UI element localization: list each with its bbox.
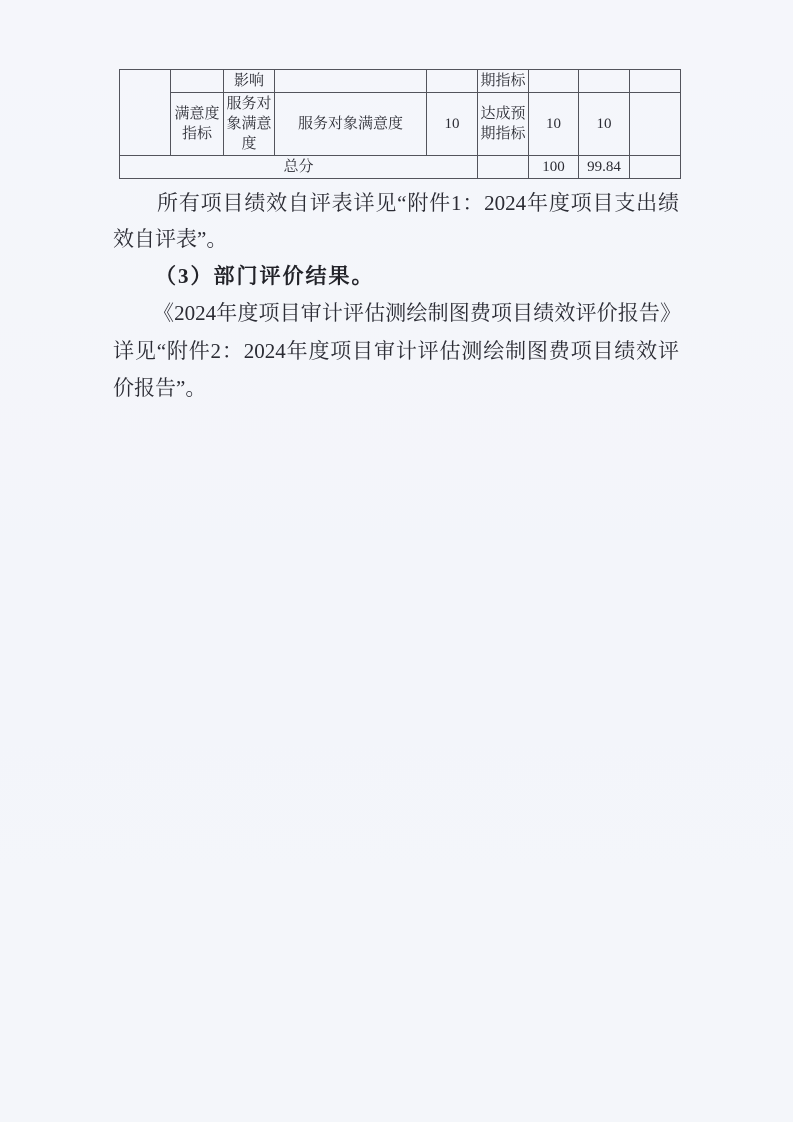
cell-self-score: 10 bbox=[579, 93, 630, 156]
performance-table-wrap: 影响 期指标 满意度指标 服务对象满意度 服务对象满意度 10 达成预期指标 1… bbox=[119, 69, 681, 179]
section-heading: （3）部门评价结果。 bbox=[113, 263, 721, 290]
cell-total-label: 总分 bbox=[120, 156, 478, 179]
cell-empty-above-indicator bbox=[275, 70, 427, 93]
paragraph1-line1: 所有项目绩效自评表详见“附件1：2024年度项目支出绩 bbox=[113, 190, 679, 217]
cell-total-self-score: 99.84 bbox=[579, 156, 630, 179]
cell-impact-tail: 影响 bbox=[224, 70, 275, 93]
cell-total-last-empty bbox=[630, 156, 681, 179]
cell-indicator-weight: 10 bbox=[427, 93, 478, 156]
document-page: 影响 期指标 满意度指标 服务对象满意度 服务对象满意度 10 达成预期指标 1… bbox=[0, 0, 793, 1122]
cell-evaluation-standard: 达成预期指标 bbox=[478, 93, 529, 156]
cell-total-standard-empty bbox=[478, 156, 529, 179]
table-row-satisfaction: 满意度指标 服务对象满意度 服务对象满意度 10 达成预期指标 10 10 bbox=[120, 93, 681, 156]
paragraph2-line3: 价报告”。 bbox=[113, 375, 679, 402]
cell-total-score: 100 bbox=[529, 156, 579, 179]
cell-target-score: 10 bbox=[529, 93, 579, 156]
table-row-total: 总分 100 99.84 bbox=[120, 156, 681, 179]
performance-score-table: 影响 期指标 满意度指标 服务对象满意度 服务对象满意度 10 达成预期指标 1… bbox=[119, 69, 681, 179]
cell-indicator-name: 服务对象满意度 bbox=[275, 93, 427, 156]
cell-satisfaction-last-empty bbox=[630, 93, 681, 156]
cell-empty-above-weight bbox=[427, 70, 478, 93]
paragraph2-line2: 详见“附件2：2024年度项目审计评估测绘制图费项目绩效评 bbox=[113, 338, 679, 365]
cell-satisfaction-category: 满意度指标 bbox=[171, 93, 224, 156]
cell-empty-above-self bbox=[579, 70, 630, 93]
paragraph1-line2: 效自评表”。 bbox=[113, 226, 679, 253]
cell-satisfaction-subcategory: 服务对象满意度 bbox=[224, 93, 275, 156]
cell-empty-above-last bbox=[630, 70, 681, 93]
cell-empty-above-category bbox=[171, 70, 224, 93]
cell-left-merged-empty bbox=[120, 70, 171, 156]
cell-empty-above-target bbox=[529, 70, 579, 93]
cell-period-indicator-tail: 期指标 bbox=[478, 70, 529, 93]
table-row-continuation: 影响 期指标 bbox=[120, 70, 681, 93]
paragraph2-line1: 《2024年度项目审计评估测绘制图费项目绩效评价报告》 bbox=[113, 300, 681, 327]
